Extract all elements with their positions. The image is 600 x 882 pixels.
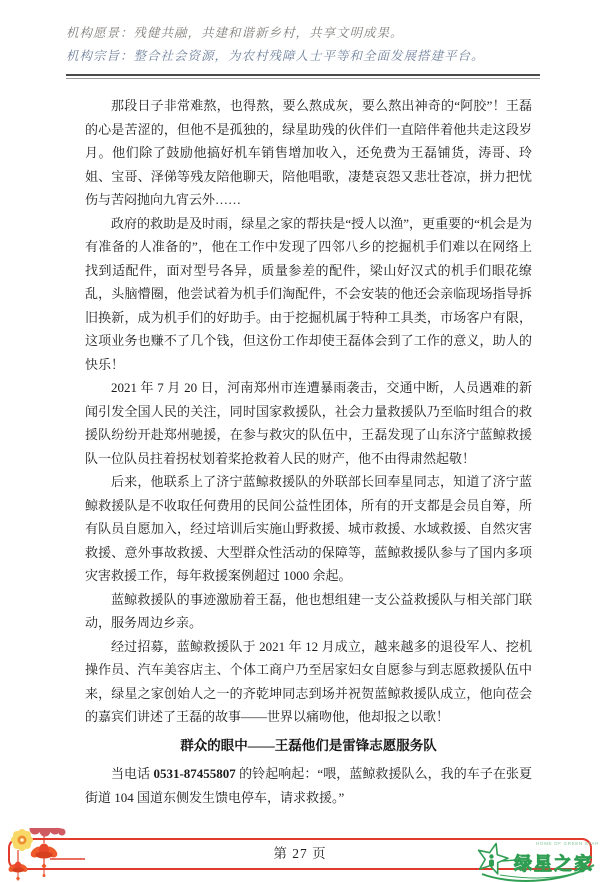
- closing-prefix: 当电话: [111, 766, 153, 781]
- lotus-flower-small-icon: [7, 862, 29, 882]
- flower-ornament-icon: [0, 828, 85, 882]
- lotus-flower-icon: [29, 844, 60, 878]
- header-mission-line: 机构宗旨：整合社会资源，为农村残障人士平等和全面发展搭建平台。: [66, 45, 540, 68]
- green-star-logo: HOME OF GREEN STAR 绿星之家: [468, 830, 598, 882]
- yellow-flower-icon: [11, 829, 33, 851]
- header-vision-line: 机构愿景：残健共融，共建和谐新乡村，共享文明成果。: [66, 22, 540, 45]
- phone-number: 0531-87455807: [153, 766, 235, 781]
- document-page: 机构愿景：残健共融，共建和谐新乡村，共享文明成果。 机构宗旨：整合社会资源，为农…: [0, 0, 600, 882]
- page-header: 机构愿景：残健共融，共建和谐新乡村，共享文明成果。 机构宗旨：整合社会资源，为农…: [0, 0, 600, 79]
- star-icon: [479, 844, 508, 874]
- logo-name: 绿星之家: [514, 853, 594, 874]
- section-heading: 群众的眼中——王磊他们是雷锋志愿服务队: [85, 734, 532, 758]
- logo-tagline: HOME OF GREEN STAR: [536, 841, 598, 846]
- paragraph: 经过招募，蓝鲸救援队于 2021 年 12 月成立，越来越多的退役军人、挖机操作…: [85, 635, 532, 729]
- paragraph: 后来，他联系上了济宁蓝鲸救援队的外联部长回奉星同志，知道了济宁蓝鲸救援队是不收取…: [85, 470, 532, 588]
- paragraph: 政府的救助是及时雨，绿星之家的帮扶是“授人以渔”，更重要的“机会是为有准备的人准…: [85, 212, 532, 377]
- paragraph-closing: 当电话 0531-87455807 的铃起响起：“喂，蓝鲸救援队么，我的车子在张…: [85, 762, 532, 809]
- paragraph: 那段日子非常难熬，也得熬，要么熬成灰，要么熬出神奇的“阿胶”！王磊的心是苦涩的，…: [85, 94, 532, 212]
- paragraph: 蓝鲸救援队的事迹激励着王磊，他也想组建一支公益救援队与相关部门联动，服务周边乡亲…: [85, 588, 532, 635]
- document-body: 那段日子非常难熬，也得熬，要么熬成灰，要么熬出神奇的“阿胶”！王磊的心是苦涩的，…: [0, 79, 600, 809]
- paragraph: 2021 年 7 月 20 日，河南郑州市连遭暴雨袭击，交通中断，人员遇难的新闻…: [85, 376, 532, 470]
